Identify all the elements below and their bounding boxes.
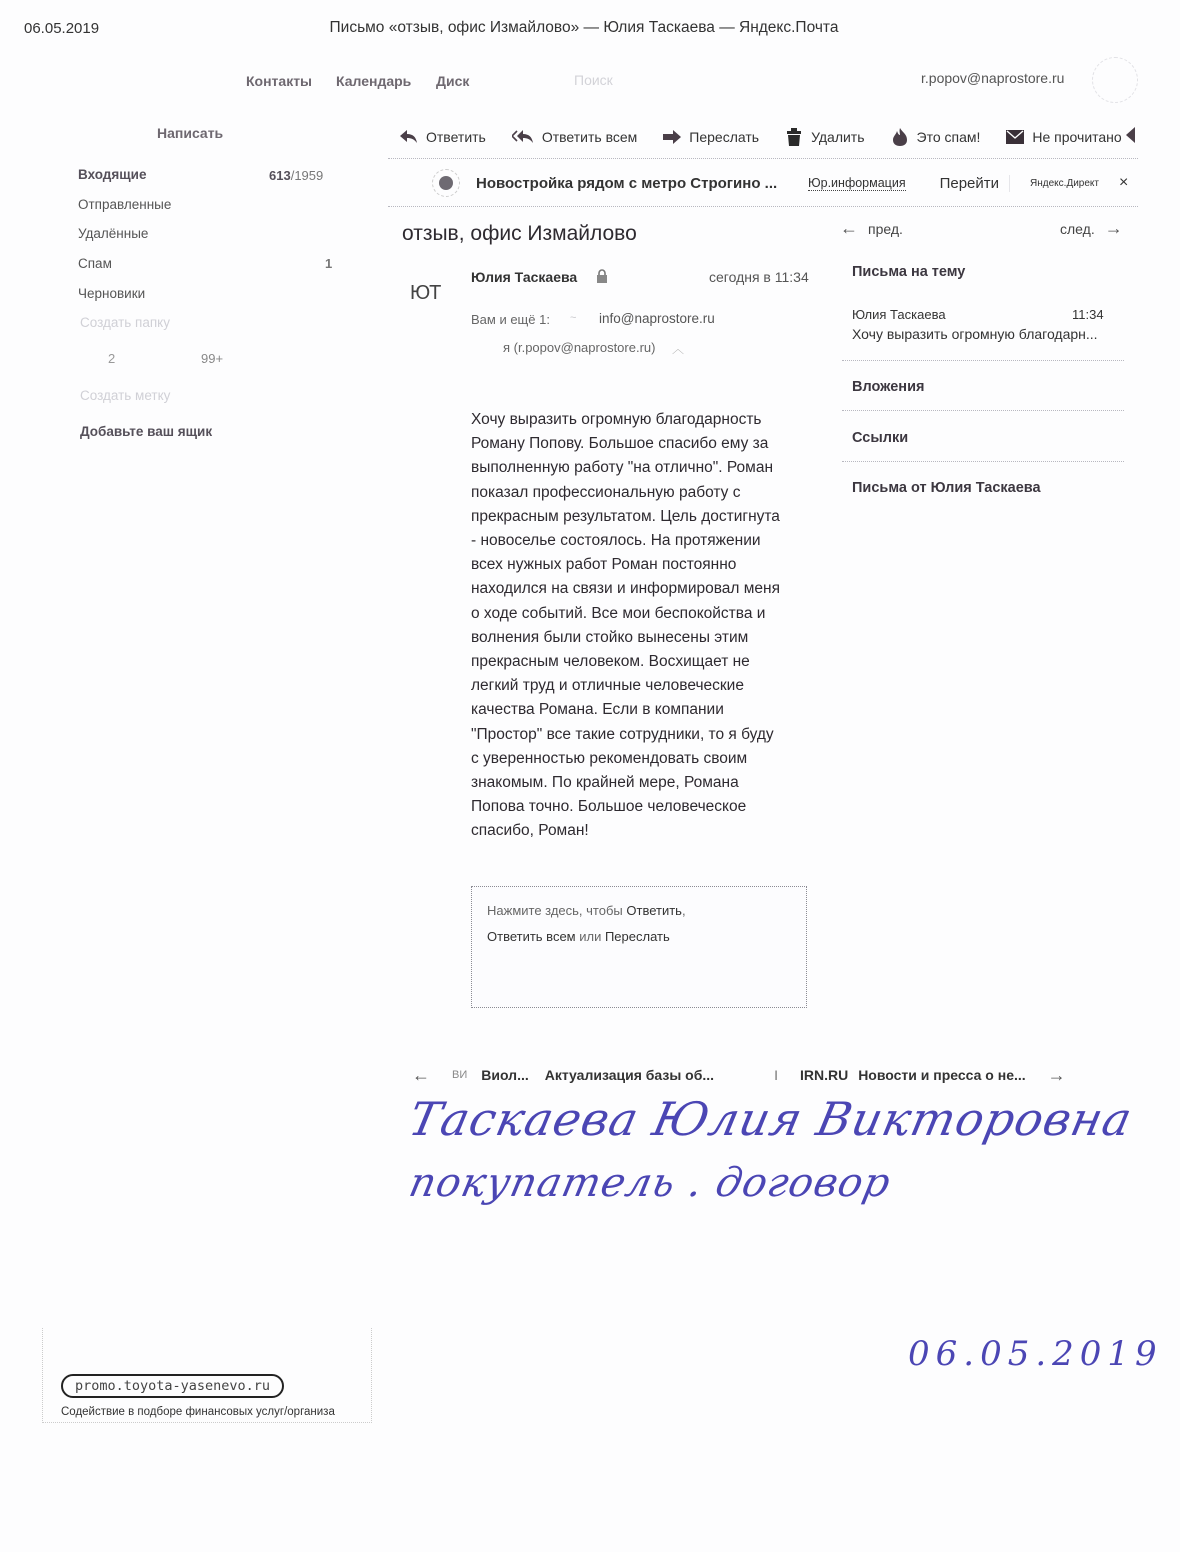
body-line: спасибо, Роман!: [471, 819, 811, 843]
folder-inbox[interactable]: Входящие: [78, 167, 146, 182]
nav-contacts[interactable]: Контакты: [246, 73, 312, 89]
body-line: волнения были стойко вынесены этим: [471, 626, 811, 650]
divider: [388, 158, 1138, 159]
quick-reply-or: или: [576, 929, 605, 944]
folder-spam[interactable]: Спам: [78, 256, 112, 271]
ad-legal-link[interactable]: Юр.информация: [808, 176, 906, 191]
delete-button[interactable]: Удалить: [785, 129, 864, 145]
arrow-right-icon: →: [1105, 218, 1123, 239]
label-count-2[interactable]: 99+: [201, 351, 223, 366]
bottom-nav: ← ВИ Виол... Актуализация базы об... I I…: [412, 1064, 1112, 1086]
thread-item-time: 11:34: [1072, 307, 1104, 322]
search-input[interactable]: Поиск: [574, 72, 613, 88]
forward-label: Переслать: [689, 129, 759, 145]
right-source-icon: I: [774, 1067, 778, 1083]
promo-ad[interactable]: promo.toyota-yasenevo.ru Содействие в по…: [42, 1328, 372, 1423]
right-source[interactable]: IRN.RU: [800, 1067, 848, 1083]
body-line: качества Романа. Если в компании: [471, 698, 811, 722]
reply-button[interactable]: Ответить: [400, 129, 486, 145]
ad-go-button[interactable]: Перейти: [940, 175, 1010, 192]
ad-title[interactable]: Новостройка рядом с метро Строгино ...: [476, 175, 808, 192]
close-icon[interactable]: ×: [1119, 174, 1128, 192]
print-title: Письмо «отзыв, офис Измайлово» — Юлия Та…: [0, 19, 1180, 37]
folder-deleted[interactable]: Удалённые: [78, 226, 148, 241]
fire-icon: [891, 129, 909, 145]
body-line: о ходе событий. Все мои беспокойства и: [471, 602, 811, 626]
thread-heading[interactable]: Письма на тему: [852, 264, 965, 280]
message-body: Хочу выразить огромную благодарность Ром…: [471, 408, 811, 844]
forward-icon: [663, 129, 681, 145]
body-line: с уверенностью рекомендовать своим: [471, 747, 811, 771]
body-line: всех нужных работ Роман постоянно: [471, 553, 811, 577]
forward-button[interactable]: Переслать: [663, 129, 759, 145]
quick-reply-comma: ,: [682, 903, 686, 918]
body-line: Хочу выразить огромную благодарность: [471, 408, 811, 432]
quick-reply-box[interactable]: Нажмите здесь, чтобы Ответить, Ответить …: [471, 886, 807, 1008]
thread-item-snippet[interactable]: Хочу выразить огромную благодарн...: [852, 326, 1112, 342]
body-line: легкий труд и отличные человеческие: [471, 674, 811, 698]
body-line: прекрасным человеком. Восхищает не: [471, 650, 811, 674]
body-line: находился на связи и информировал меня: [471, 577, 811, 601]
nav-calendar[interactable]: Календарь: [336, 73, 411, 89]
compose-button[interactable]: Написать: [157, 125, 223, 141]
message-toolbar: Ответить Ответить всем Переслать Удалить…: [400, 126, 1148, 148]
label-count-1[interactable]: 2: [108, 351, 115, 366]
spam-count: 1: [325, 256, 332, 271]
chevron-up-icon[interactable]: ︿: [672, 340, 684, 357]
right-title[interactable]: Новости и пресса о не...: [858, 1067, 1025, 1083]
arrow-left-icon[interactable]: ←: [412, 1065, 430, 1086]
mark-unread-label: Не прочитано: [1032, 129, 1121, 145]
create-folder-link[interactable]: Создать папку: [80, 315, 170, 330]
attachments-section[interactable]: Вложения: [852, 379, 924, 395]
recipient-self[interactable]: я (r.popov@naprostore.ru): [503, 340, 655, 355]
arrow-left-icon: ←: [840, 218, 858, 239]
spam-button[interactable]: Это спам!: [891, 129, 981, 145]
divider: [388, 206, 1138, 207]
prev-label: пред.: [868, 221, 903, 237]
quick-reply-forward-link[interactable]: Переслать: [605, 929, 670, 944]
handwritten-date: 06.05.2019: [908, 1334, 1163, 1374]
prev-message-button[interactable]: ← пред.: [840, 218, 903, 239]
inbox-unread: 613: [269, 168, 291, 183]
reply-all-label: Ответить всем: [542, 129, 637, 145]
toolbar-more-icon[interactable]: [1126, 127, 1135, 143]
quick-reply-reply-link[interactable]: Ответить: [626, 903, 682, 918]
inbox-count: 613/1959: [269, 168, 323, 183]
next-label: след.: [1060, 221, 1095, 237]
body-line: показал профессиональную работу с: [471, 481, 811, 505]
body-line: - новоселье состоялось. На протяжении: [471, 529, 811, 553]
delete-label: Удалить: [811, 129, 864, 145]
left-title[interactable]: Актуализация базы об...: [545, 1067, 714, 1083]
add-mailbox-link[interactable]: Добавьте ваш ящик: [80, 424, 212, 439]
recipients-separator: ~: [570, 312, 576, 324]
quick-reply-prefix: Нажмите здесь, чтобы: [487, 903, 626, 918]
message-subject: отзыв, офис Измайлово: [402, 222, 637, 246]
sent-time: сегодня в 11:34: [709, 269, 809, 285]
inbox-total: /1959: [291, 168, 324, 183]
reply-all-icon: [512, 129, 534, 145]
divider: [842, 410, 1124, 411]
body-line: "Простор" все такие сотрудники, то я буд…: [471, 723, 811, 747]
folder-drafts[interactable]: Черновики: [78, 286, 145, 301]
left-source[interactable]: Виол...: [481, 1067, 528, 1083]
handwritten-note: покупатель . договор: [405, 1160, 895, 1206]
ad-banner[interactable]: Новостройка рядом с метро Строгино ... Ю…: [432, 170, 1132, 196]
user-avatar[interactable]: [1092, 57, 1138, 103]
body-line: выполненную работу "на отлично". Роман: [471, 456, 811, 480]
next-message-button[interactable]: след. →: [1060, 218, 1123, 239]
body-line: Роману Попову. Большое спасибо ему за: [471, 432, 811, 456]
arrow-right-icon[interactable]: →: [1048, 1065, 1066, 1086]
spam-label: Это спам!: [917, 129, 981, 145]
ad-logo-icon: [432, 169, 460, 197]
body-line: Попова точно. Большое человеческое: [471, 795, 811, 819]
quick-reply-reply-all-link[interactable]: Ответить всем: [487, 929, 576, 944]
links-section[interactable]: Ссылки: [852, 430, 908, 446]
reply-icon: [400, 129, 418, 145]
body-line: знакомым. По крайней мере, Романа: [471, 771, 811, 795]
user-email[interactable]: r.popov@naprostore.ru: [921, 70, 1064, 86]
sender-avatar[interactable]: ЮТ: [410, 282, 441, 305]
recipient-email[interactable]: info@naprostore.ru: [599, 311, 715, 326]
quick-reply-line-1: Нажмите здесь, чтобы Ответить,: [487, 903, 686, 918]
sender-name[interactable]: Юлия Таскаева: [471, 269, 577, 285]
promo-description: Содействие в подборе финансовых услуг/ор…: [61, 1406, 351, 1418]
mark-unread-button[interactable]: Не прочитано: [1006, 129, 1121, 145]
envelope-icon: [1006, 129, 1024, 145]
recipients-label: Вам и ещё 1:: [471, 312, 550, 327]
body-line: прекрасным результатом. Цель достигнута: [471, 505, 811, 529]
thread-item-from[interactable]: Юлия Таскаева: [852, 307, 946, 322]
reply-all-button[interactable]: Ответить всем: [512, 129, 637, 145]
quick-reply-line-2: Ответить всем или Переслать: [487, 929, 670, 944]
handwritten-name: Таскаева Юлия Викторовна: [404, 1092, 1137, 1146]
reply-label: Ответить: [426, 129, 486, 145]
trash-icon: [785, 129, 803, 145]
divider: [842, 461, 1124, 462]
nav-disk[interactable]: Диск: [436, 73, 469, 89]
lock-icon: [596, 269, 608, 283]
ad-source: Яндекс.Директ: [1030, 178, 1099, 189]
left-source-icon: ВИ: [452, 1069, 467, 1081]
divider: [842, 360, 1124, 361]
promo-url[interactable]: promo.toyota-yasenevo.ru: [61, 1374, 284, 1398]
folder-sent[interactable]: Отправленные: [78, 197, 171, 212]
create-label-link[interactable]: Создать метку: [80, 388, 170, 403]
sender-letters-section[interactable]: Письма от Юлия Таскаева: [852, 480, 1041, 496]
